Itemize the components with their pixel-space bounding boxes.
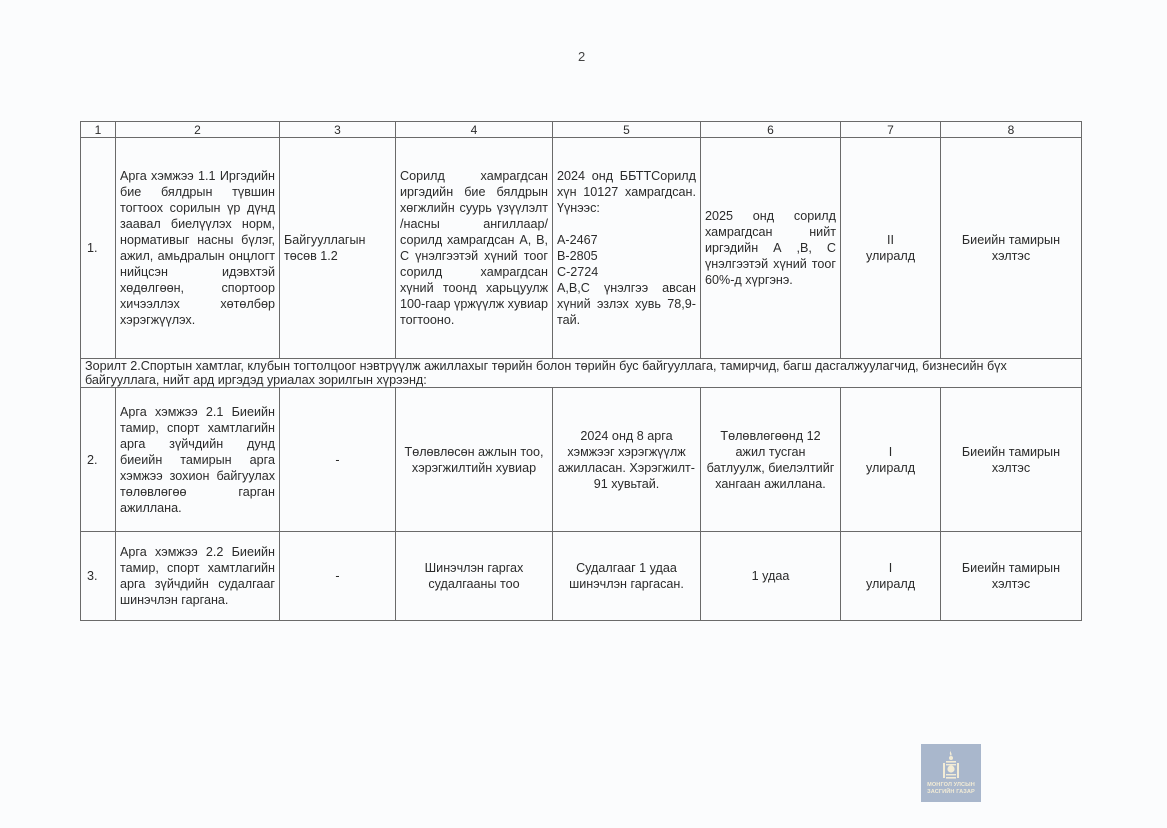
measure-cell: Арга хэмжээ 2.2 Биеийн тамир, спорт хамт… bbox=[116, 532, 280, 621]
responsible-cell: Биеийн тамирын хэлтэс bbox=[941, 532, 1082, 621]
target-cell: 1 удаа bbox=[701, 532, 841, 621]
responsible-cell: Биеийн тамирын хэлтэс bbox=[941, 388, 1082, 532]
target-cell: Төлөвлөгөөнд 12 ажил тусган батлуулж, би… bbox=[701, 388, 841, 532]
government-emblem: МОНГОЛ УЛСЫН ЗАСГИЙН ГАЗАР bbox=[921, 744, 981, 802]
budget-cell: - bbox=[280, 532, 396, 621]
column-header: 2 bbox=[116, 122, 280, 138]
column-header: 7 bbox=[841, 122, 941, 138]
baseline-cell: 2024 онд 8 арга хэмжээг хэрэгжүүлж ажилл… bbox=[553, 388, 701, 532]
column-header: 8 bbox=[941, 122, 1082, 138]
table-row: 2. Арга хэмжээ 2.1 Биеийн тамир, спорт х… bbox=[81, 388, 1082, 532]
page-number: 2 bbox=[578, 49, 585, 64]
column-header: 5 bbox=[553, 122, 701, 138]
row-number: 3. bbox=[81, 532, 116, 621]
action-plan-table: 1 2 3 4 5 6 7 8 1. Арга хэмжээ 1.1 Иргэд… bbox=[80, 121, 1082, 621]
target-cell: 2025 онд сорилд хамрагдсан нийт иргэдийн… bbox=[701, 138, 841, 359]
goal-2-text: Зорилт 2.Спортын хамтлаг, клубын тогтолц… bbox=[81, 359, 1082, 388]
measure-cell: Арга хэмжээ 2.1 Биеийн тамир, спорт хамт… bbox=[116, 388, 280, 532]
quarter-cell: I улиралд bbox=[841, 388, 941, 532]
measure-cell: Арга хэмжээ 1.1 Иргэдийн бие бялдрын түв… bbox=[116, 138, 280, 359]
column-header: 4 bbox=[396, 122, 553, 138]
table-row: 3. Арга хэмжээ 2.2 Биеийн тамир, спорт х… bbox=[81, 532, 1082, 621]
column-header: 1 bbox=[81, 122, 116, 138]
row-number: 1. bbox=[81, 138, 116, 359]
column-number-header-row: 1 2 3 4 5 6 7 8 bbox=[81, 122, 1082, 138]
budget-cell: - bbox=[280, 388, 396, 532]
baseline-cell: Судалгааг 1 удаа шинэчлэн гаргасан. bbox=[553, 532, 701, 621]
column-header: 3 bbox=[280, 122, 396, 138]
soyombo-emblem-icon bbox=[940, 748, 962, 782]
indicator-cell: Сорилд хамрагдсан иргэдийн бие бялдрын х… bbox=[396, 138, 553, 359]
budget-cell: Байгууллагын төсөв 1.2 bbox=[280, 138, 396, 359]
responsible-cell: Биеийн тамирын хэлтэс bbox=[941, 138, 1082, 359]
emblem-line-2: ЗАСГИЙН ГАЗАР bbox=[927, 789, 975, 796]
indicator-cell: Шинэчлэн гаргах судалгааны тоо bbox=[396, 532, 553, 621]
baseline-cell: 2024 онд ББТТСорилд хүн 10127 хамрагдсан… bbox=[553, 138, 701, 359]
indicator-cell: Төлөвлөсөн ажлын тоо, хэрэгжилтийн хувиа… bbox=[396, 388, 553, 532]
column-header: 6 bbox=[701, 122, 841, 138]
quarter-cell: I улиралд bbox=[841, 532, 941, 621]
quarter-cell: II улиралд bbox=[841, 138, 941, 359]
row-number: 2. bbox=[81, 388, 116, 532]
table-row: 1. Арга хэмжээ 1.1 Иргэдийн бие бялдрын … bbox=[81, 138, 1082, 359]
goal-row: Зорилт 2.Спортын хамтлаг, клубын тогтолц… bbox=[81, 359, 1082, 388]
